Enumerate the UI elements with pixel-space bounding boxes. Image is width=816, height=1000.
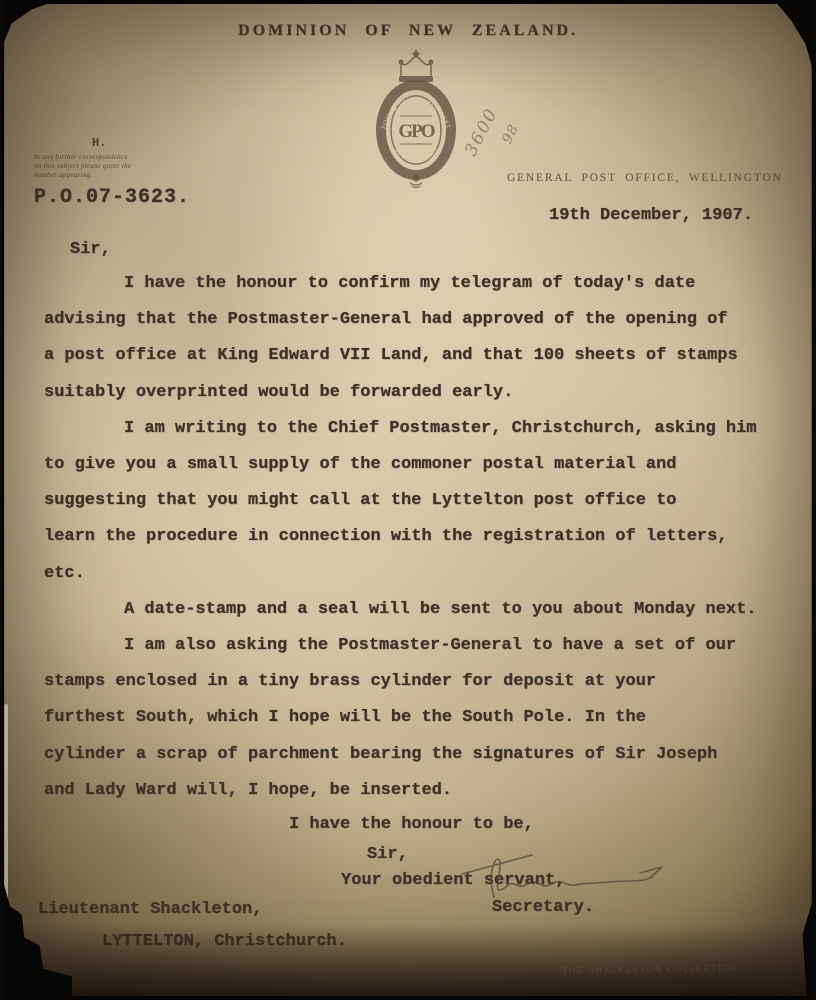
body-line: advising that the Postmaster-General had… [44, 302, 784, 338]
body-line: etc. [44, 556, 784, 592]
letter-paper: DOMINION OF NEW ZEALAND. [4, 4, 812, 996]
signer-title: Secretary. [492, 898, 594, 917]
body-line: to give you a small supply of the common… [44, 447, 784, 483]
crest-ring-text-bottom: NEW ZEALAND [391, 147, 440, 165]
closing-line-1: I have the honour to be, [289, 815, 534, 834]
collection-watermark: THE SHACKLETON COLLECTION [562, 962, 739, 975]
small-print-line: In any further correspondence [34, 153, 194, 162]
body-line: stamps enclosed in a tiny brass cylinder… [44, 664, 784, 700]
body-line: suitably overprinted would be forwarded … [44, 375, 784, 411]
ref-mark: H. [92, 136, 106, 150]
body-line: A date-stamp and a seal will be sent to … [44, 592, 784, 628]
body-line: cylinder a scrap of parchment bearing th… [44, 737, 784, 773]
body-line: suggesting that you might call at the Ly… [44, 483, 784, 519]
body-line: learn the procedure in connection with t… [44, 519, 784, 555]
body-line: I am writing to the Chief Postmaster, Ch… [44, 411, 784, 447]
recipient-name: Lieutenant Shackleton, [38, 900, 262, 919]
gpo-crest-icon: POST & TELEGRAPH DEPT NEW ZEALAND GPO [356, 48, 476, 193]
small-print-line: number appearing. [34, 171, 194, 180]
pencil-note-2: 98 [499, 122, 522, 147]
body-line: furthest South, which I hope will be the… [44, 700, 784, 736]
crest-monogram: GPO [398, 121, 434, 142]
file-number: P.O.07-3623. [34, 186, 190, 209]
small-print-line: on this subject please quote the [34, 162, 194, 171]
body-line: I have the honour to confirm my telegram… [44, 266, 784, 302]
letter-date: 19th December, 1907. [549, 206, 753, 225]
office-name: GENERAL POST OFFICE, WELLINGTON [507, 172, 783, 184]
photo-edge-left [0, 0, 5, 1000]
body-line: and Lady Ward will, I hope, be inserted. [44, 773, 784, 809]
closing-line-2: Sir, [367, 845, 408, 864]
small-print: In any further correspondenceon this sub… [34, 153, 194, 180]
body-line: I am also asking the Postmaster-General … [44, 628, 784, 664]
letterhead-title: DOMINION OF NEW ZEALAND. [4, 22, 812, 40]
recipient-address: LYTTELTON, Christchurch. [102, 932, 347, 951]
crown-icon [399, 50, 433, 82]
photo-edge-right [810, 0, 816, 1000]
letter-body: I have the honour to confirm my telegram… [44, 266, 784, 809]
body-line: a post office at King Edward VII Land, a… [44, 338, 784, 374]
salutation: Sir, [70, 240, 111, 259]
letter-photo: DOMINION OF NEW ZEALAND. [0, 0, 816, 1000]
crest-oval: POST & TELEGRAPH DEPT NEW ZEALAND GPO [380, 85, 451, 175]
